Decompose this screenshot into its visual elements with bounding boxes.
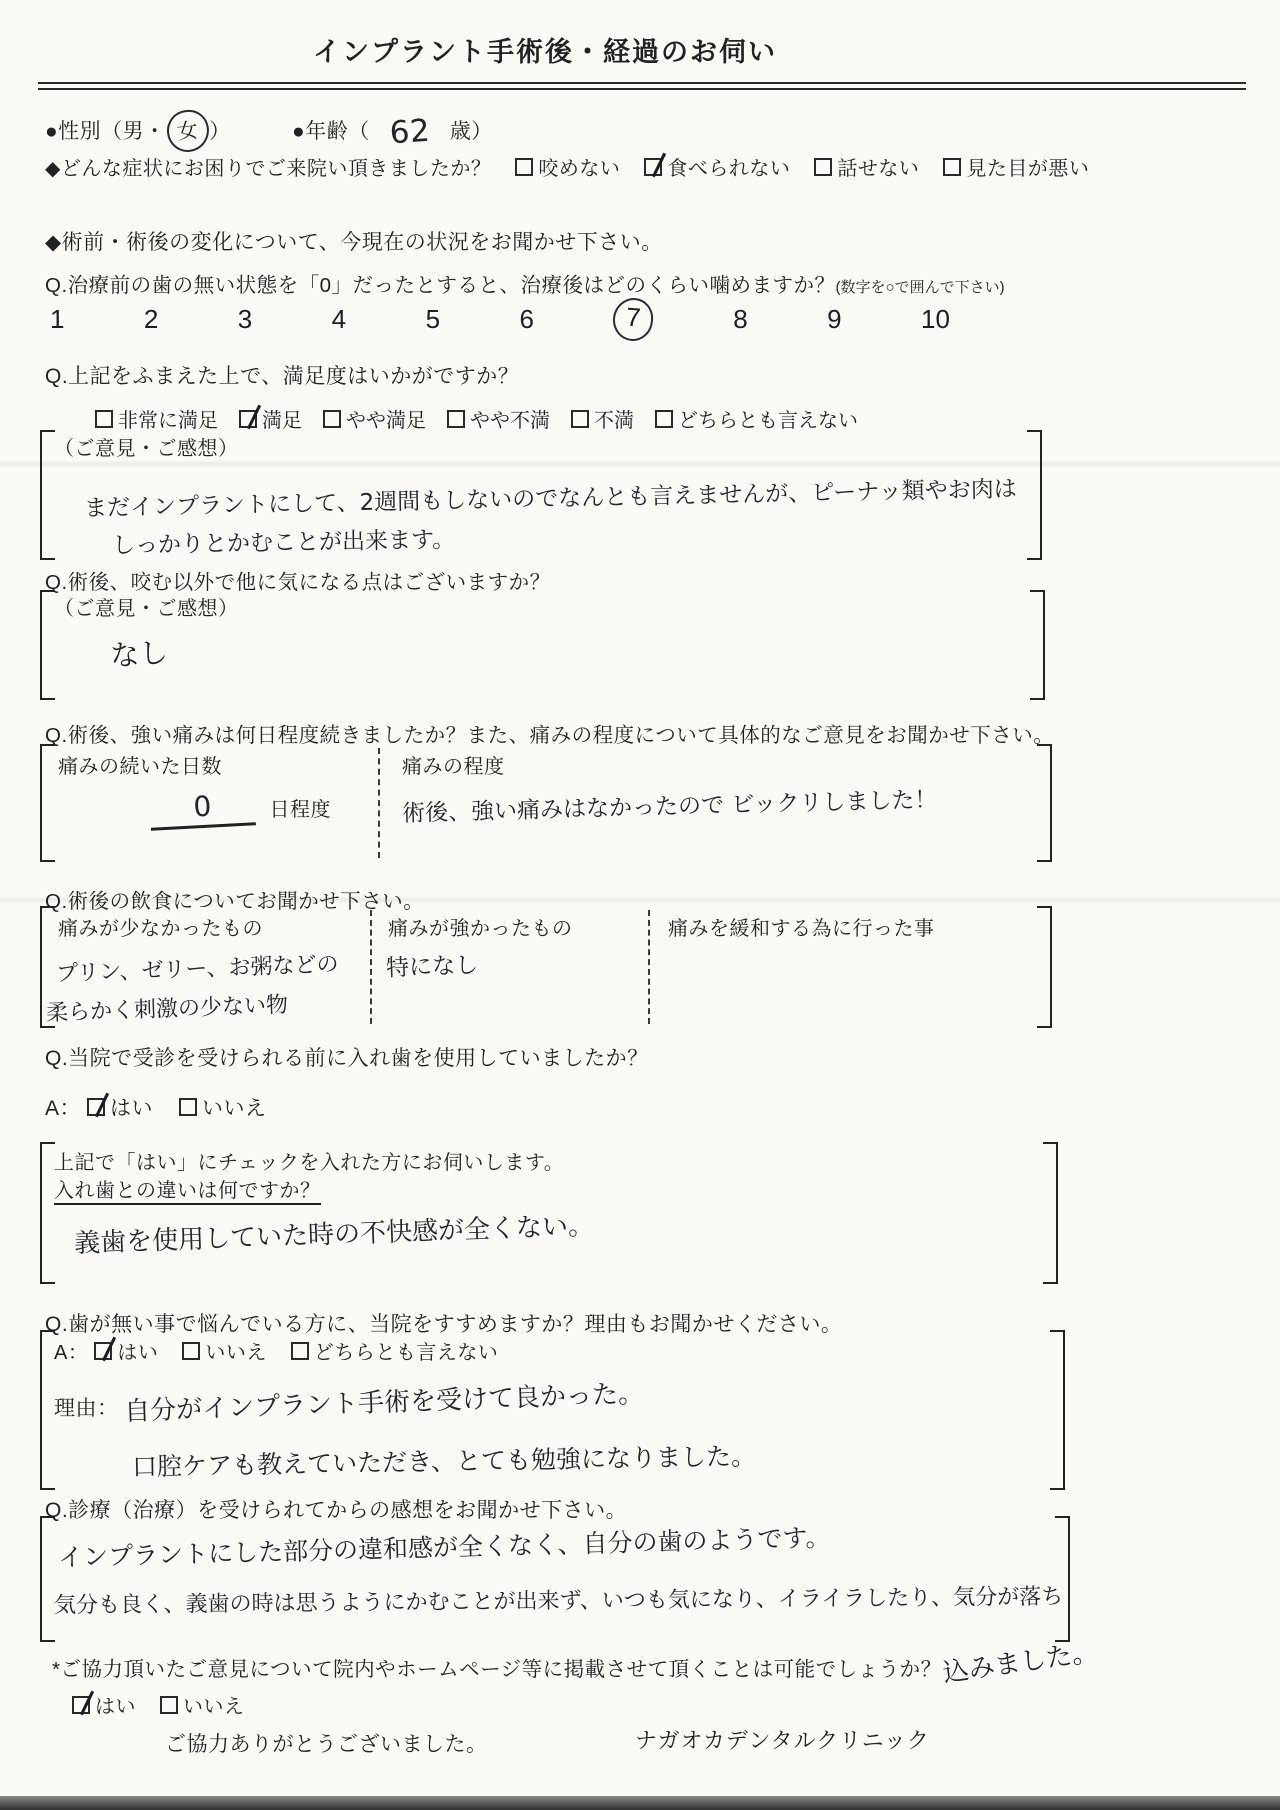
bracket-left bbox=[40, 430, 55, 560]
bracket-left bbox=[40, 1142, 55, 1284]
publish-options: はい いいえ bbox=[72, 1690, 245, 1719]
checkbox bbox=[179, 1098, 197, 1116]
symptom-question: ◆どんな症状にお困りでご来院い頂きましたか？ bbox=[45, 152, 491, 181]
handwritten-reason: 自分がインプラント手術を受けて良かった。 bbox=[124, 1373, 645, 1428]
satisfaction-option-label: 不満 bbox=[594, 404, 634, 433]
checkbox bbox=[291, 1342, 309, 1360]
eating-col1-header: 痛みが少なかったもの bbox=[58, 912, 263, 941]
gender-field: ●性別（男・女） bbox=[45, 120, 237, 143]
checkbox bbox=[160, 1696, 178, 1714]
publish-option-yes: はい bbox=[72, 1690, 136, 1719]
denture-question: Q.当院で受診を受けられる前に入れ歯を使用していましたか？ bbox=[45, 1042, 649, 1072]
change-intro: ◆術前・術後の変化について、今現在の状況をお聞かせ下さい。 bbox=[45, 226, 663, 256]
scale-number: 9 bbox=[827, 304, 841, 335]
checkbox bbox=[943, 158, 961, 176]
recommend-option: どちらとも言えない bbox=[291, 1336, 499, 1365]
scale-number: 7 bbox=[625, 302, 642, 333]
clinic-name: ナガオカデンタルクリニック bbox=[635, 1724, 930, 1755]
eating-col2-header: 痛みが強かったもの bbox=[388, 912, 573, 941]
pain-days-value: 0 bbox=[149, 787, 256, 830]
gender-paren-close: ） bbox=[209, 120, 231, 143]
handwritten-comment: まだインプラントにして、2週間もしないのでなんとも言えませんが、ピーナッ類やお肉… bbox=[84, 470, 1017, 523]
eating-box: 痛みが少なかったもの 痛みが強かったもの 痛みを緩和する為に行った事 プリン、ゼ… bbox=[40, 906, 1052, 1028]
eating-col3-header: 痛みを緩和する為に行った事 bbox=[668, 912, 935, 941]
chew-scale: 1 2 3 4 5 6 7 8 9 10 bbox=[50, 298, 950, 341]
answer-prefix: A： bbox=[54, 1336, 88, 1365]
gender-circle-mark: 女 bbox=[165, 108, 211, 154]
gender-label: ●性別（男・ bbox=[45, 120, 166, 143]
reason-label: 理由： bbox=[54, 1392, 119, 1422]
column-divider bbox=[370, 910, 372, 1024]
checkbox bbox=[95, 410, 113, 428]
gender-selected: 女 bbox=[176, 119, 200, 144]
other-area: （ご意見・ご感想） なし bbox=[40, 590, 1045, 700]
bracket-left bbox=[40, 744, 55, 862]
recommend-option-label: どちらとも言えない bbox=[314, 1336, 499, 1365]
comment-label: （ご意見・ご感想） bbox=[54, 432, 239, 461]
denture-yes-label: はい bbox=[110, 1092, 153, 1122]
handwritten-answer: なし bbox=[109, 630, 170, 675]
checkbox bbox=[94, 1342, 112, 1360]
scan-edge-strip bbox=[0, 1796, 1280, 1810]
followup-question: 入れ歯との違いは何ですか？ bbox=[54, 1174, 321, 1203]
checkbox bbox=[814, 158, 832, 176]
age-value: 62 bbox=[369, 111, 451, 152]
scale-number: 1 bbox=[50, 304, 64, 335]
form-title: インプラント手術後・経過のお伺い bbox=[0, 30, 1090, 69]
age-field: ●年齢（62歳） bbox=[292, 120, 493, 143]
bracket-right bbox=[1043, 1142, 1058, 1284]
pain-level-header: 痛みの程度 bbox=[402, 750, 505, 779]
chew-question-row: Q.治療前の歯の無い状態を「0」だったとすると、治療後はどのくらい噛めますか？(… bbox=[45, 268, 1005, 298]
symptom-row: ◆どんな症状にお困りでご来院い頂きましたか？ 咬めない 食べられない 話せない … bbox=[45, 152, 1089, 181]
denture-followup-box: 上記で「はい」にチェックを入れた方にお伺いします。 入れ歯との違いは何ですか？ … bbox=[40, 1142, 1058, 1284]
pain-days-unit: 日程度 bbox=[269, 799, 331, 821]
checkbox bbox=[644, 158, 662, 176]
denture-no-label: いいえ bbox=[202, 1092, 267, 1122]
symptom-option: 食べられない bbox=[644, 152, 790, 181]
symptom-option: 話せない bbox=[814, 152, 919, 181]
bracket-right bbox=[1027, 430, 1042, 560]
satisfaction-option-label: 満足 bbox=[262, 404, 302, 433]
satisfaction-option: 不満 bbox=[571, 404, 634, 433]
title-divider bbox=[38, 82, 1246, 90]
checkbox bbox=[323, 410, 341, 428]
pain-days-value-row: 0 日程度 bbox=[150, 790, 331, 828]
recommend-answer-row: A： はい いいえ どちらとも言えない bbox=[54, 1336, 498, 1365]
scale-number: 4 bbox=[332, 304, 346, 335]
symptom-option-label: 食べられない bbox=[667, 152, 790, 181]
satisfaction-option-label: 非常に満足 bbox=[118, 404, 218, 433]
handwritten-followup-answer: 義歯を使用していた時の不快感が全くない。 bbox=[74, 1205, 595, 1260]
bracket-right bbox=[1037, 906, 1052, 1028]
age-unit: 歳） bbox=[450, 120, 493, 143]
symptom-option: 見た目が悪い bbox=[943, 152, 1089, 181]
checkbox bbox=[72, 1696, 90, 1714]
handwritten-eating-mild: プリン、ゼリー、お粥などの bbox=[56, 947, 339, 988]
handwritten-pain-level: 術後、強い痛みはなかったので ビックリしました！ bbox=[402, 781, 938, 828]
comment1-area: （ご意見・ご感想） まだインプラントにして、2週間もしないのでなんとも言えません… bbox=[40, 430, 1042, 560]
pain-box: 痛みの続いた日数 0 日程度 痛みの程度 術後、強い痛みはなかったので ビックリ… bbox=[40, 744, 1052, 862]
comment-label: （ご意見・ご感想） bbox=[54, 592, 239, 621]
scale-number: 10 bbox=[921, 304, 950, 335]
bracket-right bbox=[1050, 1330, 1065, 1490]
satisfaction-option: 非常に満足 bbox=[95, 404, 218, 433]
denture-answer-row: A： はい いいえ bbox=[45, 1092, 267, 1122]
scale-number: 5 bbox=[426, 304, 440, 335]
followup-question-text: 入れ歯との違いは何ですか？ bbox=[54, 1180, 321, 1205]
denture-option-no: いいえ bbox=[179, 1092, 267, 1122]
pain-days-header: 痛みの続いた日数 bbox=[58, 750, 222, 779]
handwritten-impression: 気分も良く、義歯の時は思うようにかむことが出来ず、いつも気になり、イライラしたり… bbox=[54, 1580, 1063, 1620]
scale-number: 8 bbox=[733, 304, 747, 335]
recommend-option: いいえ bbox=[182, 1336, 267, 1365]
handwritten-eating-strong: 特になし bbox=[385, 946, 478, 982]
satisfaction-option: やや満足 bbox=[323, 404, 426, 433]
satisfaction-option: やや不満 bbox=[447, 404, 550, 433]
publish-yes-label: はい bbox=[95, 1690, 136, 1719]
scale-number: 2 bbox=[144, 304, 158, 335]
recommend-option-label: いいえ bbox=[205, 1336, 267, 1365]
publish-option-no: いいえ bbox=[160, 1690, 245, 1719]
bracket-left bbox=[40, 1516, 55, 1642]
satisfaction-option-label: やや満足 bbox=[346, 404, 426, 433]
publish-question: *ご協力頂いたご意見について院内やホームページ等に掲載させて頂くことは可能でしょ… bbox=[52, 1652, 942, 1682]
checkbox bbox=[87, 1098, 105, 1116]
checkbox bbox=[515, 158, 533, 176]
publish-no-label: いいえ bbox=[183, 1690, 245, 1719]
profile-row: ●性別（男・女） ●年齢（62歳） bbox=[45, 110, 493, 152]
impression-box: インプラントにした部分の違和感が全くなく、自分の歯のようです。 気分も良く、義歯… bbox=[40, 1516, 1070, 1642]
recommend-option-label: はい bbox=[117, 1336, 158, 1365]
handwritten-impression: インプラントにした部分の違和感が全くなく、自分の歯のようです。 bbox=[58, 1518, 831, 1574]
symptom-option-label: 見た目が悪い bbox=[966, 152, 1089, 181]
scale-number: 3 bbox=[238, 304, 252, 335]
satisfaction-options: 非常に満足 満足 やや満足 やや不満 不満 どちらとも言えない bbox=[95, 404, 858, 433]
age-label: ●年齢（ bbox=[292, 120, 370, 143]
recommend-option: はい bbox=[94, 1336, 158, 1365]
chew-question: Q.治療前の歯の無い状態を「0」だったとすると、治療後はどのくらい噛めますか？ bbox=[45, 274, 836, 297]
symptom-option-label: 話せない bbox=[837, 152, 919, 181]
bracket-left bbox=[40, 1330, 55, 1490]
thanks-text: ご協力ありがとうございました。 bbox=[165, 1728, 488, 1758]
scanned-survey-page: インプラント手術後・経過のお伺い ●性別（男・女） ●年齢（62歳） ◆どんな症… bbox=[0, 0, 1280, 1810]
checkbox bbox=[655, 410, 673, 428]
recommend-box: A： はい いいえ どちらとも言えない 理由： 自分がインプラント手術を受けて良… bbox=[40, 1330, 1065, 1490]
column-divider bbox=[378, 748, 380, 858]
symptom-option: 咬めない bbox=[515, 152, 620, 181]
scale-number: 6 bbox=[519, 304, 533, 335]
bracket-right bbox=[1030, 590, 1045, 700]
satisfaction-option: どちらとも言えない bbox=[655, 404, 858, 433]
answer-prefix: A： bbox=[45, 1092, 81, 1122]
bracket-right bbox=[1037, 744, 1052, 862]
denture-option-yes: はい bbox=[87, 1092, 153, 1122]
checkbox bbox=[447, 410, 465, 428]
column-divider bbox=[648, 910, 650, 1024]
checkbox bbox=[239, 410, 257, 428]
scale-number-selected: 7 bbox=[612, 297, 655, 343]
bracket-left bbox=[40, 590, 55, 700]
checkbox bbox=[182, 1342, 200, 1360]
satisfaction-option-label: やや不満 bbox=[470, 404, 550, 433]
followup-intro: 上記で「はい」にチェックを入れた方にお伺いします。 bbox=[54, 1146, 564, 1175]
handwritten-comment: しっかりとかむことが出来ます。 bbox=[112, 521, 456, 560]
checkbox bbox=[571, 410, 589, 428]
satisfaction-option: 満足 bbox=[239, 404, 302, 433]
chew-note: (数字を○で囲んで下さい) bbox=[836, 279, 1005, 296]
handwritten-eating-mild: 柔らかく刺激の少ない物 bbox=[46, 988, 289, 1027]
satisfaction-question: Q.上記をふまえた上で、満足度はいかがですか？ bbox=[45, 360, 519, 390]
handwritten-reason: 口腔ケアも教えていただき、とても勉強になりました。 bbox=[132, 1437, 757, 1484]
symptom-option-label: 咬めない bbox=[538, 152, 620, 181]
satisfaction-option-label: どちらとも言えない bbox=[678, 404, 858, 433]
